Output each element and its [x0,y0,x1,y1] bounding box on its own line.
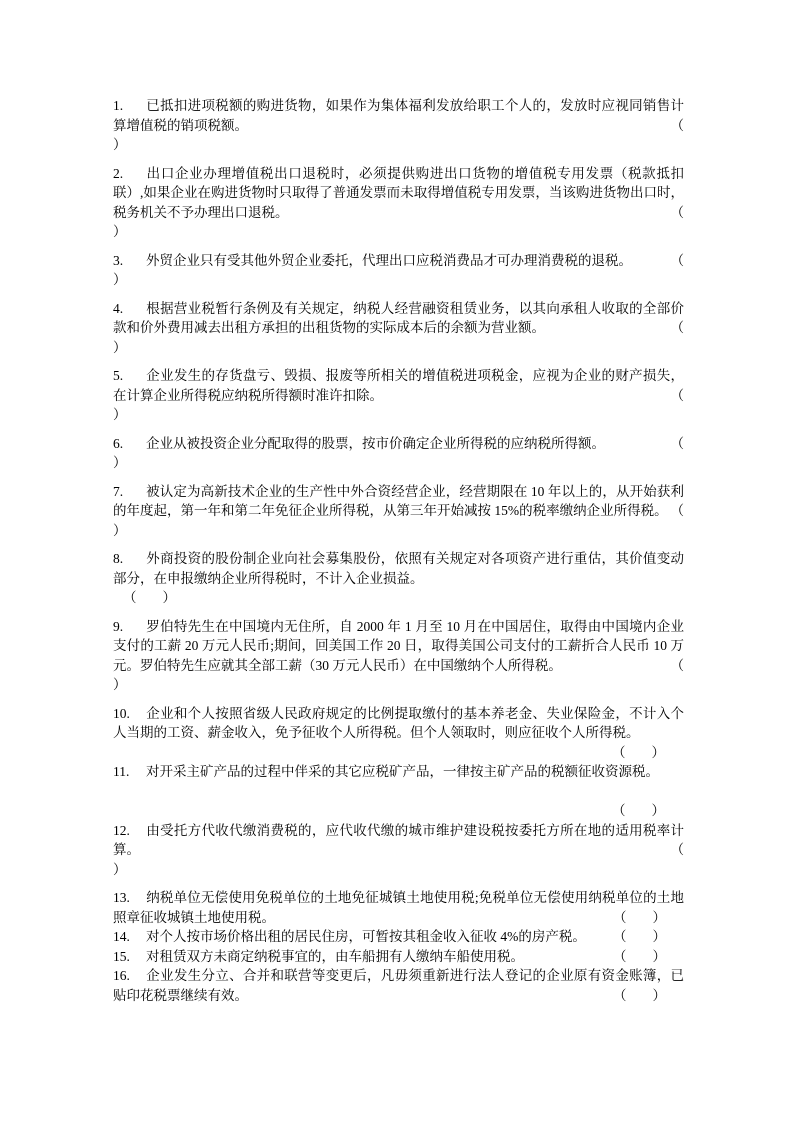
answer-blank: （） [613,947,666,967]
question-number: 3. [113,251,146,271]
question-number: 7. [113,482,146,502]
answer-blank-close: ） [113,860,684,880]
answer-blank-close: ） [113,338,684,358]
answer-blank-open: （ [613,910,627,925]
question-item: 8.外商投资的股份制企业向社会募集股份，依照有关规定对各项资产进行重估，其价值变… [113,549,684,608]
question-number: 13. [113,888,146,908]
answer-blank-close: ） [113,135,684,155]
question-text: 罗伯特先生在中国境内无住所，自 2000 年 1 月至 10 月在中国居住，取得… [113,619,684,673]
answer-blank-open: （ [671,203,685,223]
question-number: 2. [113,164,146,184]
answer-blank-close: ） [113,405,684,425]
answer-blank-close: ） [113,270,684,290]
answer-blank-open: （ [671,251,685,271]
answer-blank-close: ） [653,910,667,925]
answer-blank-open: （ [671,318,685,338]
question-item: 16.企业发生分立、合并和联营等变更后，凡毋须重新进行法人登记的企业原有资金账簿… [113,966,684,1005]
question-number: 12. [113,821,146,841]
answer-blank-open: （ [671,116,685,136]
question-number: 15. [113,947,146,967]
question-item: 9.罗伯特先生在中国境内无住所，自 2000 年 1 月至 10 月在中国居住，… [113,617,684,695]
answer-blank-open: （ [613,929,627,944]
answer-blank-open: （ [613,988,627,1003]
document-page: 1.已抵扣进项税额的购进货物，如果作为集体福利发放给职工个人的，发放时应视同销售… [0,0,794,1123]
answer-blank-open: （ [671,840,685,860]
question-text: 纳税单位无偿使用免税单位的土地免征城镇土地使用税;免税单位无偿使用纳税单位的土地… [113,890,684,925]
answer-blank: （） [113,743,684,763]
question-list: 1.已抵扣进项税额的购进货物，如果作为集体福利发放给职工个人的，发放时应视同销售… [113,96,684,1005]
answer-blank-open: （ [671,656,685,676]
question-text: 企业发生分立、合并和联营等变更后，凡毋须重新进行法人登记的企业原有资金账簿，已贴… [113,968,684,1003]
question-text: 外贸企业只有受其他外贸企业委托，代理出口应税消费品才可办理消费税的退税。 [146,253,632,268]
question-text: 对租赁双方未商定纳税事宜的，由车船拥有人缴纳车船使用税。 [146,949,524,964]
question-text: 根据营业税暂行条例及有关规定，纳税人经营融资租赁业务，以其向承租人收取的全部价款… [113,301,684,336]
question-text: 企业发生的存货盘亏、毁损、报废等所相关的增值税进项税金，应视为企业的财产损失，在… [113,368,684,403]
answer-blank: （） [113,801,684,821]
question-item: 12.由受托方代收代缴消费税的，应代收代缴的城市维护建设税按委托方所在地的适用税… [113,821,684,880]
question-text: 对开采主矿产品的过程中伴采的其它应税矿产品，一律按主矿产品的税额征收资源税。 [146,764,659,779]
question-item: 1.已抵扣进项税额的购进货物，如果作为集体福利发放给职工个人的，发放时应视同销售… [113,96,684,155]
question-number: 4. [113,299,146,319]
answer-blank-close: ） [653,988,667,1003]
question-item: 11.对开采主矿产品的过程中伴采的其它应税矿产品，一律按主矿产品的税额征收资源税… [113,762,684,821]
answer-blank-close: ） [652,745,666,760]
answer-blank-close: ） [653,929,667,944]
question-text: 出口企业办理增值税出口退税时，必须提供购进出口货物的增值税专用发票（税款抵扣联）… [113,166,684,220]
answer-blank-open: （ [671,501,685,521]
question-text: 对个人按市场价格出租的居民住房，可暂按其租金收入征收 4%的房产税。 [146,929,586,944]
question-item: 10.企业和个人按照省级人民政府规定的比例提取缴付的基本养老金、失业保险金，不计… [113,704,684,763]
question-text: 外商投资的股份制企业向社会募集股份，依照有关规定对各项资产进行重估，其价值变动部… [113,551,684,586]
question-item: 13.纳税单位无偿使用免税单位的土地免征城镇土地使用税;免税单位无偿使用纳税单位… [113,888,684,927]
answer-blank: （） [113,588,684,608]
answer-blank-close: ） [113,453,684,473]
question-number: 14. [113,927,146,947]
question-text: 企业从被投资企业分配取得的股票，按市价确定企业所得税的应纳税所得额。 [146,436,605,451]
question-number: 1. [113,96,146,116]
question-number: 6. [113,434,146,454]
answer-blank: （） [613,908,666,928]
answer-blank-open: （ [123,590,137,605]
question-item: 3.外贸企业只有受其他外贸企业委托，代理出口应税消费品才可办理消费税的退税。（） [113,251,684,290]
question-text: 已抵扣进项税额的购进货物，如果作为集体福利发放给职工个人的，发放时应视同销售计算… [113,98,684,133]
answer-blank-close: ） [652,803,666,818]
question-text: 企业和个人按照省级人民政府规定的比例提取缴付的基本养老金、失业保险金，不计入个人… [113,706,684,741]
question-item: 4.根据营业税暂行条例及有关规定，纳税人经营融资租赁业务，以其向承租人收取的全部… [113,299,684,358]
question-item: 7.被认定为高新技术企业的生产性中外合资经营企业，经营期限在 10 年以上的，从… [113,482,684,541]
question-number: 10. [113,704,146,724]
answer-blank: （） [613,927,666,947]
question-number: 11. [113,762,146,782]
question-number: 16. [113,966,146,986]
question-number: 8. [113,549,146,569]
answer-blank-open: （ [612,745,626,760]
question-number: 9. [113,617,146,637]
answer-blank-open: （ [671,434,685,454]
answer-blank-close: ） [113,521,684,541]
question-text: 由受托方代收代缴消费税的，应代收代缴的城市维护建设税按委托方所在地的适用税率计算… [113,823,684,858]
answer-blank-close: ） [113,222,684,242]
question-item: 6.企业从被投资企业分配取得的股票，按市价确定企业所得税的应纳税所得额。（） [113,434,684,473]
answer-blank-close: ） [653,949,667,964]
answer-blank: （） [613,986,666,1006]
question-item: 2.出口企业办理增值税出口退税时，必须提供购进出口货物的增值税专用发票（税款抵扣… [113,164,684,242]
answer-blank-open: （ [612,803,626,818]
answer-blank-open: （ [671,386,685,406]
question-item: 15.对租赁双方未商定纳税事宜的，由车船拥有人缴纳车船使用税。（） [113,947,684,967]
question-number: 5. [113,366,146,386]
answer-blank-open: （ [613,949,627,964]
answer-blank-close: ） [163,590,177,605]
question-item: 14.对个人按市场价格出租的居民住房，可暂按其租金收入征收 4%的房产税。（） [113,927,684,947]
question-text: 被认定为高新技术企业的生产性中外合资经营企业，经营期限在 10 年以上的，从开始… [113,484,684,519]
question-item: 5.企业发生的存货盘亏、毁损、报废等所相关的增值税进项税金，应视为企业的财产损失… [113,366,684,425]
answer-blank-close: ） [113,675,684,695]
